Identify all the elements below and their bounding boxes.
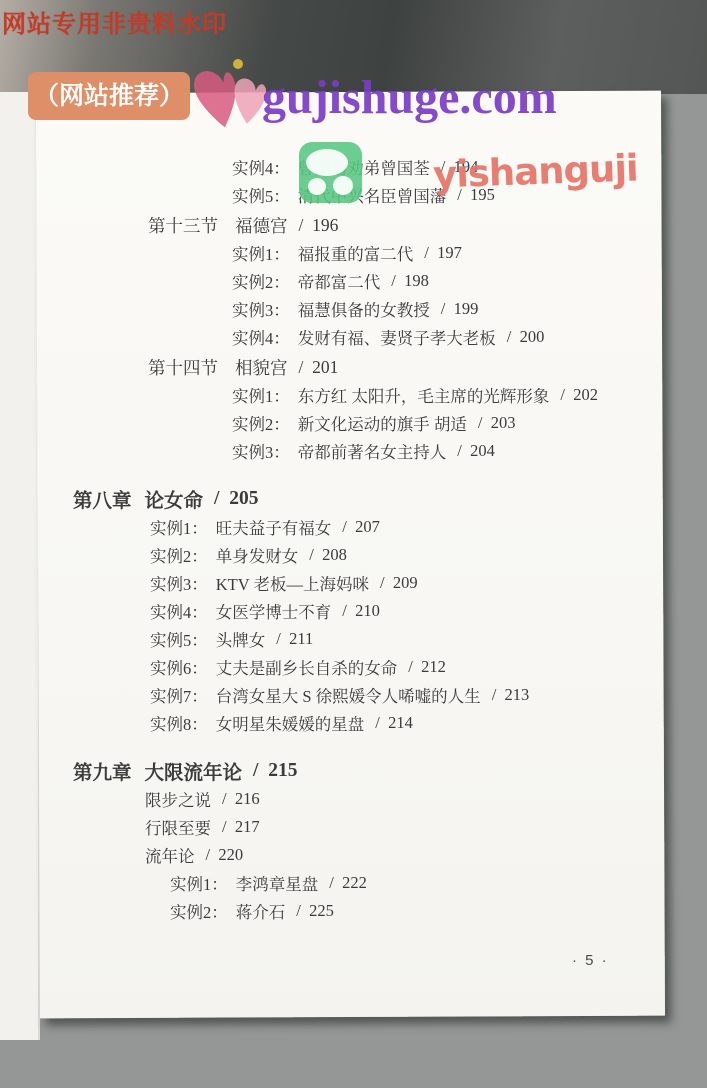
toc-entry-page: 220	[206, 845, 244, 865]
toc-entry-page: 208	[309, 545, 347, 565]
toc-entry-title: 李鸿章星盘	[236, 871, 319, 895]
toc-entry-prefix: 实例1：	[150, 515, 208, 539]
toc-entry-title: 福报重的富二代	[298, 241, 414, 265]
toc-entry: 实例1：李鸿章星盘222	[170, 869, 660, 897]
toc-entry: 实例4：发财有福、妻贤子孝大老板200	[232, 323, 660, 351]
toc-entry-prefix: 实例4：	[232, 325, 290, 349]
toc-entry-page: 225	[296, 901, 334, 921]
toc-entry-prefix: 第八章	[73, 485, 132, 513]
toc-entry-prefix: 实例1：	[232, 383, 290, 407]
toc-entry-title: 旺夫益子有福女	[216, 515, 332, 539]
toc-entry: 实例3：KTV 老板—上海妈咪209	[150, 569, 660, 597]
toc-entry-page: 214	[375, 713, 413, 733]
green-logo-blob	[333, 176, 353, 195]
toc-entry-prefix: 实例3：	[232, 297, 290, 321]
toc-entry-page: 204	[457, 441, 495, 461]
toc-entry-prefix: 实例4：	[232, 155, 290, 179]
toc-entry-title: 丈夫是副乡长自杀的女命	[216, 655, 398, 679]
toc-entry-page: 216	[222, 789, 260, 809]
toc-entry-title: 单身发财女	[216, 543, 299, 567]
toc-entry-title: 帝都前著名女主持人	[298, 439, 447, 463]
toc-entry-page: 199	[441, 299, 479, 319]
toc-entry-title: 限步之说	[145, 787, 211, 811]
toc-entry-prefix: 第十三节	[148, 213, 218, 238]
toc-entry-title: 台湾女星大 S 徐熙媛令人唏嘘的人生	[216, 683, 481, 707]
toc-entry-prefix: 实例2：	[232, 411, 290, 435]
toc-entry: 实例3：福慧俱备的女教授199	[232, 295, 660, 323]
toc-entry-title: 新文化运动的旗手 胡适	[298, 411, 467, 435]
toc-entry-prefix: 实例5：	[232, 183, 290, 207]
toc-entry-title: 东方红 太阳升，毛主席的光辉形象	[298, 383, 550, 407]
toc-entry-page: 201	[299, 357, 339, 378]
toc-entry: 实例1：旺夫益子有福女207	[150, 513, 660, 541]
toc-entry: 第十四节相貌宫201	[148, 353, 660, 381]
toc-entry-prefix: 第十四节	[148, 355, 218, 380]
toc-entry-prefix: 第九章	[73, 757, 132, 785]
toc-entry-title: 流年论	[145, 843, 195, 867]
toc-entry-prefix: 实例3：	[232, 439, 290, 463]
toc-entry-page: 217	[222, 817, 260, 837]
site-watermark-text: gujishuge.com	[262, 70, 557, 125]
toc-entry-prefix: 实例2：	[232, 269, 290, 293]
toc-entry: 实例6：丈夫是副乡长自杀的女命212	[150, 653, 660, 681]
toc-entry-page: 205	[214, 488, 258, 510]
page-number: · 5 ·	[572, 952, 609, 969]
toc-entry-title: 帝都富二代	[298, 269, 381, 293]
toc-entry-page: 202	[560, 385, 598, 405]
toc-entry: 实例7：台湾女星大 S 徐熙媛令人唏嘘的人生213	[150, 681, 660, 709]
toc-entry-page: 211	[276, 629, 313, 649]
toc-entry-prefix: 实例3：	[150, 571, 208, 595]
green-logo-blob	[308, 178, 326, 195]
toc-entry: 实例2：帝都富二代198	[232, 267, 660, 295]
corner-watermark-text: 网站专用非贵料水印	[2, 4, 227, 39]
toc-entry-title: 女医学博士不育	[216, 599, 332, 623]
toc-entry: 实例3：帝都前著名女主持人204	[232, 437, 660, 465]
toc-entry-page: 196	[299, 215, 339, 236]
toc-entry: 实例4：女医学博士不育210	[150, 597, 660, 625]
toc-entry-title: 头牌女	[216, 627, 266, 651]
toc-entry-prefix: 实例1：	[170, 871, 228, 895]
toc-entry: 行限至要217	[145, 813, 660, 841]
toc-entry: 第十三节福德宫196	[148, 211, 660, 239]
toc-entry-title: 女明星朱媛媛的星盘	[216, 711, 365, 735]
toc-entry: 流年论220	[145, 841, 660, 869]
toc-entry-title: 论女命	[145, 485, 204, 513]
toc-entry-page: 203	[478, 413, 516, 433]
toc-entry: 第九章大限流年论215	[73, 757, 660, 785]
toc-entry-prefix: 实例7：	[150, 683, 208, 707]
toc-entry-prefix: 实例4：	[150, 599, 208, 623]
toc-entry-title: 大限流年论	[145, 757, 243, 785]
toc-entry-page: 207	[342, 517, 380, 537]
toc-entry-title: 相貌宫	[235, 355, 288, 380]
toc-entry-title: 发财有福、妻贤子孝大老板	[298, 325, 496, 349]
toc-entry-title: 福慧俱备的女教授	[298, 297, 430, 321]
toc-entry-page: 200	[507, 327, 545, 347]
toc-entry: 实例8：女明星朱媛媛的星盘214	[150, 709, 660, 737]
toc-entry: 实例2：单身发财女208	[150, 541, 660, 569]
toc-entry-prefix: 实例8：	[150, 711, 208, 735]
green-logo-blob	[306, 149, 348, 176]
site-recommend-badge: （网站推荐）	[28, 72, 190, 120]
toc-entry-title: 行限至要	[145, 815, 211, 839]
toc-entry: 实例2：新文化运动的旗手 胡适203	[232, 409, 660, 437]
toc-entry-prefix: 实例1：	[232, 241, 290, 265]
toc-entry-page: 222	[329, 873, 367, 893]
toc-entry-prefix: 实例2：	[170, 899, 228, 923]
toc-entry: 实例1：东方红 太阳升，毛主席的光辉形象202	[232, 381, 660, 409]
toc-entry-prefix: 实例2：	[150, 543, 208, 567]
toc-entry-page: 197	[424, 243, 462, 263]
toc-entry-title: 福德宫	[235, 213, 288, 238]
page-left-margin	[0, 92, 40, 1040]
site-alt-watermark-text: yishanguji	[432, 146, 638, 196]
toc-entry-page: 212	[408, 657, 446, 677]
toc-entry-prefix: 实例6：	[150, 655, 208, 679]
toc-entry: 第八章论女命205	[73, 485, 660, 513]
toc-entry-page: 210	[342, 601, 380, 621]
toc-entry-page: 213	[492, 685, 530, 705]
toc-entry: 实例2：蒋介石225	[170, 897, 660, 925]
toc-entry: 实例5：头牌女211	[150, 625, 660, 653]
toc-entry: 限步之说216	[145, 785, 660, 813]
toc-entry-page: 209	[380, 573, 418, 593]
toc-entry-title: KTV 老板—上海妈咪	[216, 571, 369, 595]
toc-entry-title: 蒋介石	[236, 899, 286, 923]
toc-entry-page: 215	[253, 760, 297, 782]
toc-entry: 实例1：福报重的富二代197	[232, 239, 660, 267]
green-logo-icon	[299, 142, 362, 203]
toc-entry-prefix: 实例5：	[150, 627, 208, 651]
toc-entry-page: 198	[391, 271, 429, 291]
toc-list: 实例4：曾国藩劝弟曾国荃194实例5：清代中兴名臣曾国藩195第十三节福德宫19…	[40, 153, 660, 925]
